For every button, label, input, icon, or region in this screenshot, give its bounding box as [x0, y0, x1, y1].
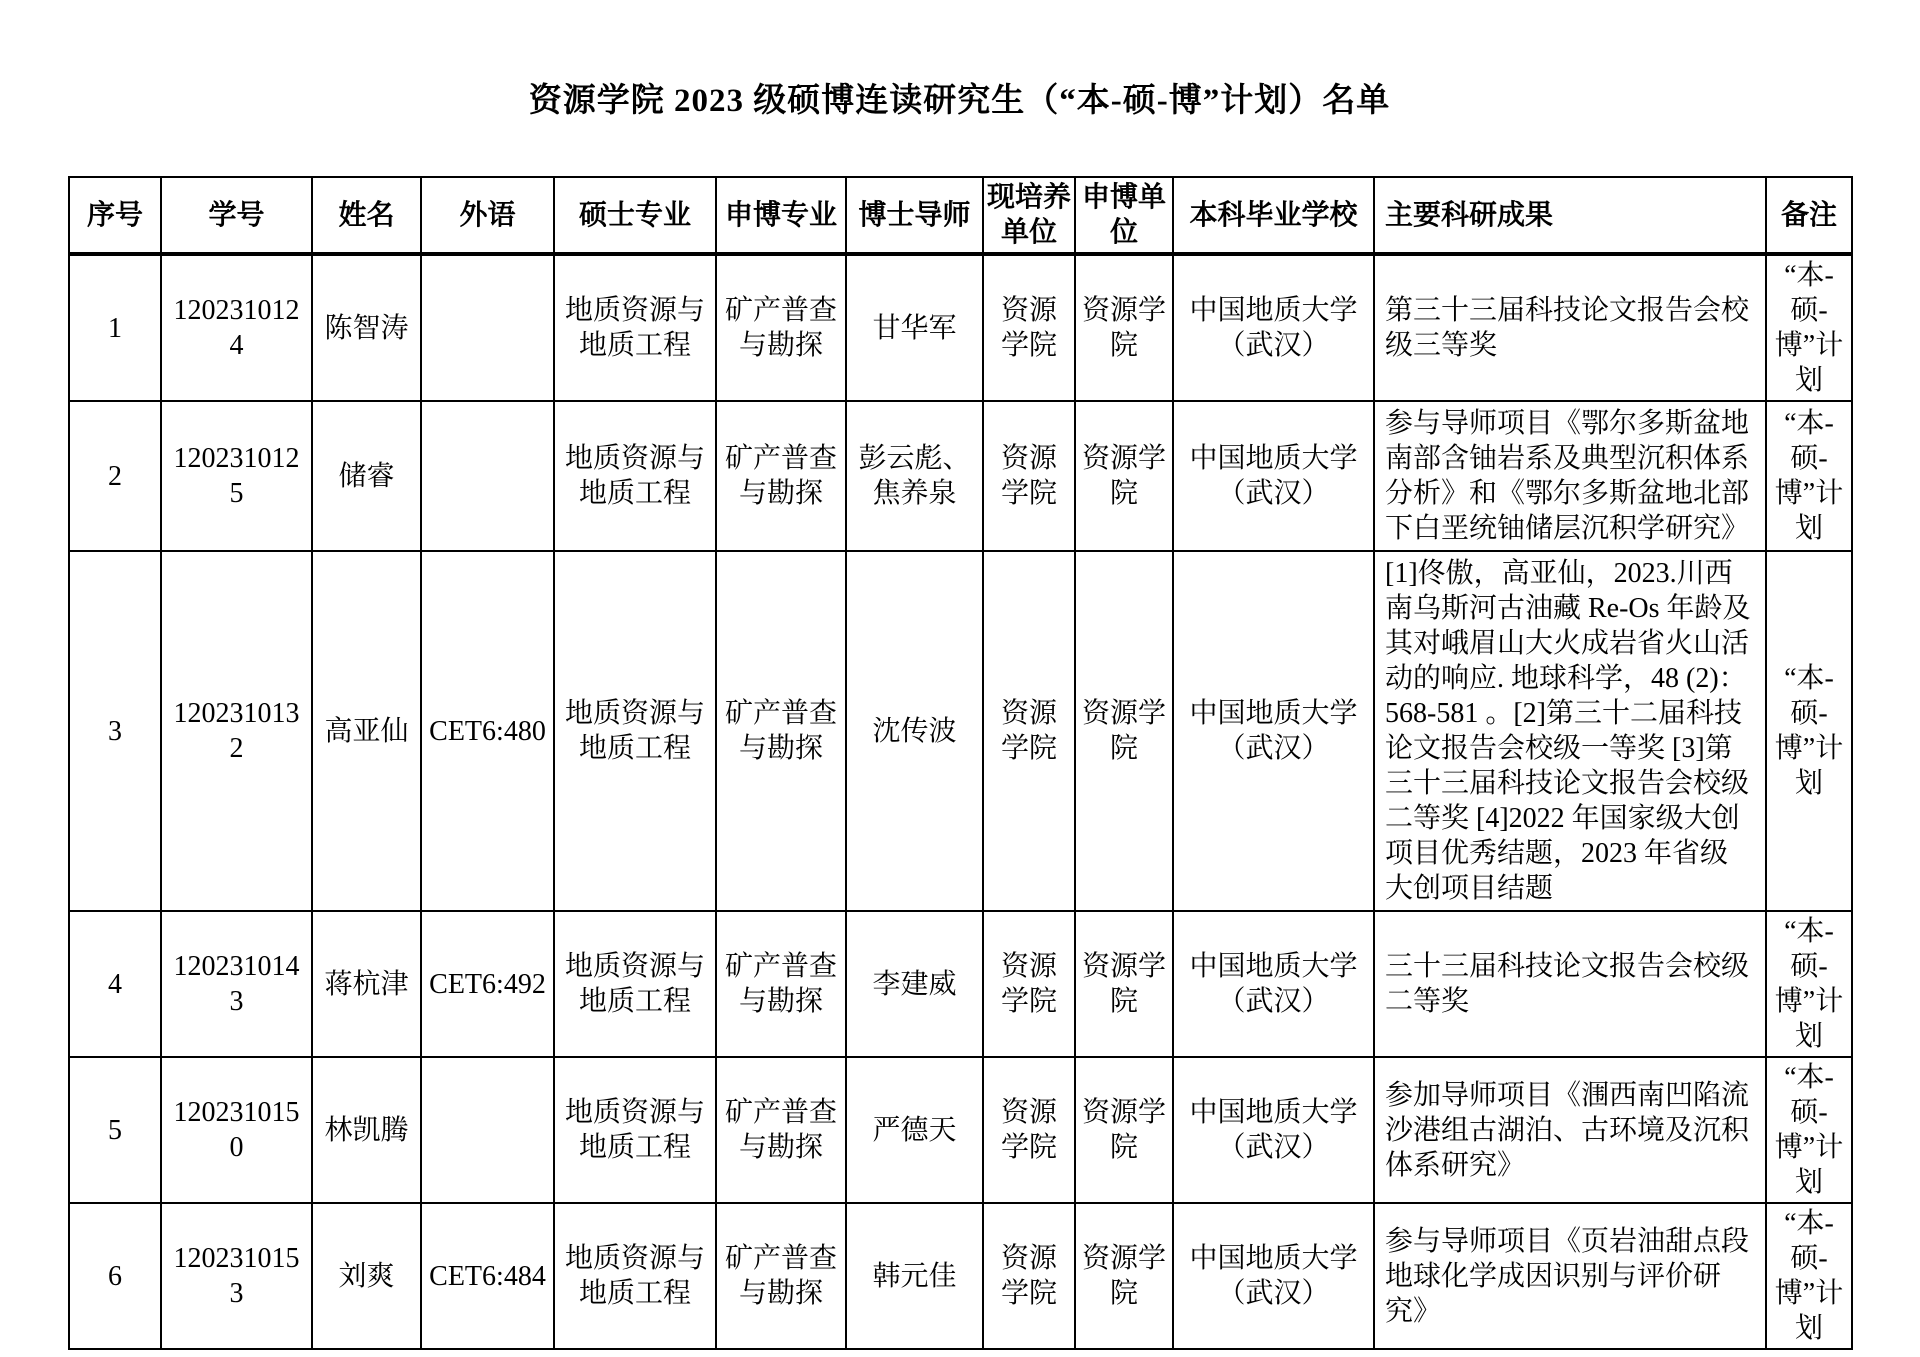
cell-foreign-language: CET6:484 — [421, 1203, 554, 1349]
page-title: 资源学院 2023 级硕博连读研究生（“本-硕-博”计划）名单 — [68, 74, 1851, 121]
students-table: 序号 学号 姓名 外语 硕士专业 申博专业 博士导师 现培养单位 申博单位 本科… — [68, 176, 1853, 1350]
cell-undergrad-school: 中国地质大学（武汉） — [1173, 254, 1374, 401]
table-row: 41202310143蒋杭津CET6:492地质资源与地质工程矿产普查与勘探李建… — [69, 911, 1852, 1057]
cell-index: 5 — [69, 1057, 161, 1203]
cell-current-unit: 资源学院 — [983, 1203, 1075, 1349]
table-row: 51202310150林凯腾地质资源与地质工程矿产普查与勘探严德天资源学院资源学… — [69, 1057, 1852, 1203]
cell-remark: “本-硕-博”计划 — [1766, 401, 1852, 551]
cell-current-unit: 资源学院 — [983, 401, 1075, 551]
cell-achievements: 第三十三届科技论文报告会校级三等奖 — [1374, 254, 1766, 401]
column-header-current-unit: 现培养单位 — [983, 177, 1075, 254]
cell-name: 高亚仙 — [312, 551, 421, 911]
column-header-phd-advisor: 博士导师 — [846, 177, 983, 254]
cell-phd-major: 矿产普查与勘探 — [716, 254, 846, 401]
column-header-remark: 备注 — [1766, 177, 1852, 254]
cell-phd-advisor: 沈传波 — [846, 551, 983, 911]
document-page: 资源学院 2023 级硕博连读研究生（“本-硕-博”计划）名单 序号 学号 姓名… — [0, 0, 1920, 1357]
cell-foreign-language — [421, 1057, 554, 1203]
cell-phd-advisor: 韩元佳 — [846, 1203, 983, 1349]
cell-achievements: 参与导师项目《页岩油甜点段地球化学成因识别与评价研究》 — [1374, 1203, 1766, 1349]
column-header-undergrad-school: 本科毕业学校 — [1173, 177, 1374, 254]
cell-undergrad-school: 中国地质大学（武汉） — [1173, 401, 1374, 551]
cell-foreign-language — [421, 401, 554, 551]
table-row: 61202310153刘爽CET6:484地质资源与地质工程矿产普查与勘探韩元佳… — [69, 1203, 1852, 1349]
cell-phd-major: 矿产普查与勘探 — [716, 1203, 846, 1349]
column-header-achievements: 主要科研成果 — [1374, 177, 1766, 254]
cell-index: 1 — [69, 254, 161, 401]
cell-index: 3 — [69, 551, 161, 911]
cell-master-major: 地质资源与地质工程 — [554, 1203, 716, 1349]
cell-current-unit: 资源学院 — [983, 551, 1075, 911]
cell-achievements: 三十三届科技论文报告会校级二等奖 — [1374, 911, 1766, 1057]
cell-student-id: 1202310132 — [161, 551, 312, 911]
cell-student-id: 1202310143 — [161, 911, 312, 1057]
column-header-phd-unit: 申博单位 — [1075, 177, 1173, 254]
cell-name: 林凯腾 — [312, 1057, 421, 1203]
cell-foreign-language — [421, 254, 554, 401]
cell-current-unit: 资源学院 — [983, 1057, 1075, 1203]
column-header-phd-major: 申博专业 — [716, 177, 846, 254]
cell-remark: “本-硕-博”计划 — [1766, 1057, 1852, 1203]
cell-name: 陈智涛 — [312, 254, 421, 401]
cell-phd-unit: 资源学院 — [1075, 254, 1173, 401]
cell-undergrad-school: 中国地质大学（武汉） — [1173, 911, 1374, 1057]
cell-phd-advisor: 甘华军 — [846, 254, 983, 401]
column-header-name: 姓名 — [312, 177, 421, 254]
cell-phd-advisor: 彭云彪、焦养泉 — [846, 401, 983, 551]
cell-index: 2 — [69, 401, 161, 551]
cell-foreign-language: CET6:492 — [421, 911, 554, 1057]
cell-achievements: [1]佟傲，高亚仙，2023.川西南乌斯河古油藏 Re-Os 年龄及其对峨眉山大… — [1374, 551, 1766, 911]
cell-phd-major: 矿产普查与勘探 — [716, 911, 846, 1057]
cell-phd-unit: 资源学院 — [1075, 551, 1173, 911]
cell-phd-unit: 资源学院 — [1075, 911, 1173, 1057]
cell-foreign-language: CET6:480 — [421, 551, 554, 911]
cell-student-id: 1202310125 — [161, 401, 312, 551]
cell-achievements: 参加导师项目《涠西南凹陷流沙港组古湖泊、古环境及沉积体系研究》 — [1374, 1057, 1766, 1203]
column-header-student-id: 学号 — [161, 177, 312, 254]
cell-current-unit: 资源学院 — [983, 254, 1075, 401]
cell-name: 刘爽 — [312, 1203, 421, 1349]
table-row: 21202310125储睿地质资源与地质工程矿产普查与勘探彭云彪、焦养泉资源学院… — [69, 401, 1852, 551]
cell-phd-unit: 资源学院 — [1075, 1203, 1173, 1349]
column-header-index: 序号 — [69, 177, 161, 254]
cell-index: 6 — [69, 1203, 161, 1349]
cell-student-id: 1202310150 — [161, 1057, 312, 1203]
cell-remark: “本-硕-博”计划 — [1766, 254, 1852, 401]
table-row: 11202310124陈智涛地质资源与地质工程矿产普查与勘探甘华军资源学院资源学… — [69, 254, 1852, 401]
cell-master-major: 地质资源与地质工程 — [554, 254, 716, 401]
cell-student-id: 1202310153 — [161, 1203, 312, 1349]
table-row: 31202310132高亚仙CET6:480地质资源与地质工程矿产普查与勘探沈传… — [69, 551, 1852, 911]
cell-phd-major: 矿产普查与勘探 — [716, 401, 846, 551]
cell-master-major: 地质资源与地质工程 — [554, 1057, 716, 1203]
column-header-foreign-language: 外语 — [421, 177, 554, 254]
cell-phd-advisor: 严德天 — [846, 1057, 983, 1203]
cell-master-major: 地质资源与地质工程 — [554, 551, 716, 911]
cell-master-major: 地质资源与地质工程 — [554, 911, 716, 1057]
cell-undergrad-school: 中国地质大学（武汉） — [1173, 551, 1374, 911]
cell-remark: “本-硕-博”计划 — [1766, 1203, 1852, 1349]
cell-student-id: 1202310124 — [161, 254, 312, 401]
cell-phd-major: 矿产普查与勘探 — [716, 1057, 846, 1203]
cell-phd-unit: 资源学院 — [1075, 1057, 1173, 1203]
cell-index: 4 — [69, 911, 161, 1057]
cell-phd-unit: 资源学院 — [1075, 401, 1173, 551]
cell-phd-major: 矿产普查与勘探 — [716, 551, 846, 911]
column-header-master-major: 硕士专业 — [554, 177, 716, 254]
header-row: 序号 学号 姓名 外语 硕士专业 申博专业 博士导师 现培养单位 申博单位 本科… — [69, 177, 1852, 254]
cell-name: 储睿 — [312, 401, 421, 551]
cell-undergrad-school: 中国地质大学（武汉） — [1173, 1203, 1374, 1349]
cell-remark: “本-硕-博”计划 — [1766, 551, 1852, 911]
cell-name: 蒋杭津 — [312, 911, 421, 1057]
cell-current-unit: 资源学院 — [983, 911, 1075, 1057]
cell-undergrad-school: 中国地质大学（武汉） — [1173, 1057, 1374, 1203]
cell-phd-advisor: 李建威 — [846, 911, 983, 1057]
cell-achievements: 参与导师项目《鄂尔多斯盆地南部含铀岩系及典型沉积体系分析》和《鄂尔多斯盆地北部下… — [1374, 401, 1766, 551]
cell-remark: “本-硕-博”计划 — [1766, 911, 1852, 1057]
cell-master-major: 地质资源与地质工程 — [554, 401, 716, 551]
